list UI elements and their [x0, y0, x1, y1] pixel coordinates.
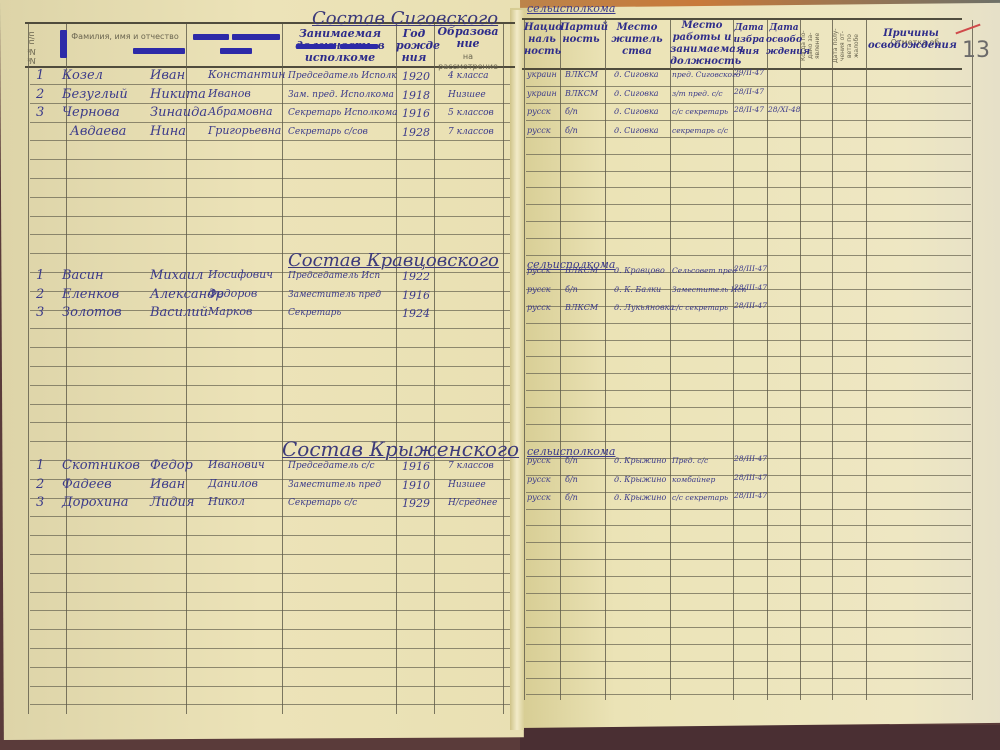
party: ВЛКСМ	[565, 89, 598, 98]
election-date: 28/II-47	[734, 87, 764, 96]
position: Председатель Исполк	[288, 71, 397, 81]
election-date: 28/III-47	[734, 283, 767, 292]
grid-line	[526, 373, 971, 374]
party: б/п	[565, 285, 578, 294]
surname: Фадеев	[62, 477, 112, 492]
redaction-mark	[193, 34, 229, 40]
grid-line	[524, 20, 525, 700]
header-nationality: Нацио наль ность	[524, 22, 560, 58]
birth-year: 1922	[402, 270, 430, 283]
position: Секретарь	[288, 308, 341, 318]
page-number: 13	[962, 38, 990, 63]
redaction-mark	[60, 30, 67, 58]
row-number: 3	[36, 305, 44, 320]
education: 4 класса	[448, 71, 489, 81]
grid-line	[526, 323, 971, 324]
grid-line	[526, 694, 971, 695]
election-date: 28/III-47	[734, 301, 767, 310]
surname: Чернова	[62, 105, 120, 120]
grid-line	[526, 340, 971, 341]
first-name: Василий	[150, 305, 208, 320]
surname: Дорохина	[62, 495, 129, 510]
birth-year: 1929	[402, 497, 430, 510]
redaction-mark	[340, 44, 378, 49]
residence: д. Крыжино	[614, 475, 666, 484]
birth-year: 1924	[402, 307, 430, 320]
row-number: 1	[36, 268, 44, 283]
grid-line	[560, 20, 561, 700]
grid-line	[526, 576, 971, 577]
grid-line	[30, 422, 510, 423]
grid-line	[186, 24, 187, 714]
party: ВЛКСМ	[565, 266, 598, 275]
residence: д. Крыжино	[614, 456, 666, 465]
first-name: Иван	[150, 68, 185, 83]
section-title: Состав Кравцовского	[288, 250, 499, 271]
grid-line	[526, 644, 971, 645]
education: Низшее	[448, 480, 486, 490]
row-number: 1	[36, 458, 44, 473]
grid-line	[670, 20, 671, 700]
election-date: 29/II-47	[734, 68, 764, 77]
position: Зам. пред. Исполкома	[288, 90, 394, 100]
grid-line	[526, 610, 971, 611]
grid-line	[30, 610, 510, 611]
patronymic: Иосифович	[208, 268, 273, 281]
nationality: русск	[527, 126, 551, 135]
nationality: украин	[527, 89, 557, 98]
residence: д. Сиговка	[614, 70, 659, 79]
election-date: 28/III-47	[734, 454, 767, 463]
surname: Золотов	[62, 305, 122, 320]
grid-line	[30, 404, 510, 405]
workplace: з/т пред. с/с	[672, 89, 723, 98]
nationality: русск	[527, 285, 551, 294]
election-date: 28/III-47	[734, 473, 767, 482]
patronymic: Константин	[208, 68, 286, 81]
redaction-mark	[232, 34, 280, 40]
grid-line	[526, 154, 971, 155]
grid-line	[30, 366, 510, 367]
grid-line	[30, 216, 510, 217]
birth-year: 1928	[402, 126, 430, 139]
birth-year: 1918	[402, 89, 430, 102]
background-table	[520, 725, 1000, 750]
grid-line	[30, 178, 510, 179]
header-name: Фамилия, имя и отчество	[70, 32, 180, 42]
grid-line	[30, 84, 510, 85]
position: Секретарь с/сов	[288, 127, 368, 137]
header-education-printed: на рассмотрение	[434, 52, 502, 72]
patronymic: Никол	[208, 495, 245, 508]
row-number: 2	[36, 87, 44, 102]
row-number: 3	[36, 105, 44, 120]
surname: Еленков	[62, 287, 119, 302]
grid-line	[30, 686, 510, 687]
residence: д. К. Балки	[614, 285, 661, 294]
grid-line	[30, 704, 510, 705]
surname: Безуглый	[62, 87, 128, 102]
grid-line	[526, 627, 971, 628]
section-title: Состав Крыженского	[282, 437, 519, 461]
header-reason: Причины освобождения	[868, 28, 954, 52]
surname: Скотников	[62, 458, 140, 473]
residence: д. Крыжино	[614, 493, 666, 502]
grid-line	[800, 20, 801, 700]
grid-line	[866, 20, 867, 700]
party: б/п	[565, 456, 578, 465]
position: Председатель Исп	[288, 271, 380, 281]
surname: Козел	[62, 68, 103, 83]
grid-line	[526, 407, 971, 408]
grid-line	[526, 559, 971, 560]
grid-line	[396, 24, 397, 714]
patronymic: Марков	[208, 305, 252, 318]
birth-year: 1916	[402, 107, 430, 120]
residence: д. Лукьяновка	[614, 303, 674, 312]
workplace: пред. Сиговского	[672, 70, 740, 79]
section-title-continued: сельисполкома	[527, 2, 616, 15]
grid-line	[526, 103, 971, 104]
party: б/п	[565, 126, 578, 135]
birth-year: 1916	[402, 460, 430, 473]
workplace: секретарь с/с	[672, 126, 728, 135]
grid-line	[526, 356, 971, 357]
grid-line	[30, 554, 510, 555]
grid-line	[30, 385, 510, 386]
header-released: Дата освобо ждения	[766, 22, 802, 58]
nationality: русск	[527, 107, 551, 116]
education: 7 классов	[448, 461, 494, 471]
header-elected: Дата избра ния	[733, 22, 765, 58]
header-application-date: Когда по- дано за- явление	[800, 24, 830, 68]
nationality: русск	[527, 303, 551, 312]
grid-line	[434, 24, 435, 714]
grid-line	[30, 535, 510, 536]
position: Заместитель пред	[288, 480, 381, 490]
grid-line	[30, 103, 510, 104]
header-residence: Место житель ства	[606, 22, 668, 58]
grid-line	[526, 593, 971, 594]
grid-line	[30, 234, 510, 235]
grid-line	[526, 509, 971, 510]
grid-line	[30, 328, 510, 329]
grid-line	[30, 140, 510, 141]
grid-line	[526, 238, 971, 239]
grid-line	[526, 661, 971, 662]
election-date: 28/III-47	[734, 264, 767, 273]
residence: д. Сиговка	[614, 89, 659, 98]
nationality: русск	[527, 266, 551, 275]
nationality: русск	[527, 456, 551, 465]
workplace: с/с секретарь	[672, 303, 728, 312]
grid-line	[30, 592, 510, 593]
grid-line	[30, 629, 510, 630]
first-name: Нина	[150, 124, 186, 139]
birth-year: 1910	[402, 479, 430, 492]
grid-line	[30, 159, 510, 160]
workplace: с/с секретарь	[672, 493, 728, 502]
education: Низшее	[448, 90, 486, 100]
first-name: Федор	[150, 458, 193, 473]
row-number: 2	[36, 287, 44, 302]
first-name: Иван	[150, 477, 185, 492]
grid-line	[733, 20, 734, 700]
row-number: 2	[36, 477, 44, 492]
book-spine	[510, 10, 524, 730]
surname: Авдаева	[70, 124, 126, 139]
grid-line	[972, 20, 973, 700]
workplace: с/с секретарь	[672, 107, 728, 116]
grid-line	[30, 197, 510, 198]
patronymic: Федоров	[208, 287, 257, 300]
header-number: №№ п/п	[27, 30, 47, 66]
grid-line	[30, 648, 510, 649]
first-name: Зинаида	[150, 105, 207, 120]
party: б/п	[565, 493, 578, 502]
header-reply-date: Дата полу- чения от- вета по жалобе	[832, 24, 864, 68]
birth-year: 1920	[402, 70, 430, 83]
header-party: Партий ность	[560, 22, 602, 46]
nationality: украин	[527, 70, 557, 79]
first-name: Лидия	[150, 495, 194, 510]
workplace: комбайнер	[672, 475, 715, 484]
grid-line	[526, 255, 971, 256]
redaction-mark	[220, 48, 252, 54]
redaction-mark	[296, 44, 336, 49]
grid-line	[526, 542, 971, 543]
election-date: 28/III-47	[734, 491, 767, 500]
first-name: Михаил	[150, 268, 203, 283]
position: Заместитель пред	[288, 290, 381, 300]
first-name: Никита	[150, 87, 206, 102]
grid-line	[526, 120, 971, 121]
grid-line	[767, 20, 768, 700]
grid-line	[526, 137, 971, 138]
grid-line	[526, 221, 971, 222]
release-date: 28/XI-48	[768, 105, 800, 114]
party: ВЛКСМ	[565, 70, 598, 79]
grid-line	[30, 516, 510, 517]
grid-line	[30, 347, 510, 348]
patronymic: Данилов	[208, 477, 258, 490]
grid-line	[526, 678, 971, 679]
education: 7 классов	[448, 127, 494, 137]
nationality: русск	[527, 475, 551, 484]
residence: д. Сиговка	[614, 107, 659, 116]
grid-line	[526, 171, 971, 172]
residence: д. Сиговка	[614, 126, 659, 135]
grid-line	[526, 424, 971, 425]
position: Председатель с/с	[288, 461, 375, 471]
election-date: 28/II-47	[734, 105, 764, 114]
patronymic: Иванов	[208, 87, 251, 100]
grid-line	[526, 390, 971, 391]
party: ВЛКСМ	[565, 303, 598, 312]
position: Секретарь Исполкома	[288, 108, 398, 118]
nationality: русск	[527, 493, 551, 502]
patronymic: Григорьевна	[208, 124, 281, 137]
position: Секретарь с/с	[288, 498, 357, 508]
party: б/п	[565, 475, 578, 484]
workplace: Пред. с/с	[672, 456, 708, 465]
grid-line	[30, 573, 510, 574]
grid-line	[522, 18, 962, 20]
surname: Васин	[62, 268, 104, 283]
header-birth-year: Год рожде ния	[396, 28, 432, 64]
grid-line	[28, 24, 29, 714]
section-title: Состав Сиговского	[312, 8, 498, 29]
grid-line	[526, 441, 971, 442]
grid-line	[30, 667, 510, 668]
grid-line	[503, 24, 504, 714]
patronymic: Абрамовна	[208, 105, 273, 118]
grid-line	[66, 24, 67, 714]
party: б/п	[565, 107, 578, 116]
grid-line	[282, 24, 283, 714]
header-workplace: Место работы и занимаемая должность	[670, 20, 734, 68]
grid-line	[605, 20, 606, 700]
patronymic: Иванович	[208, 458, 265, 471]
birth-year: 1916	[402, 289, 430, 302]
row-number: 3	[36, 495, 44, 510]
grid-line	[526, 204, 971, 205]
grid-line	[526, 525, 971, 526]
row-number: 1	[36, 68, 44, 83]
redaction-mark	[133, 48, 185, 54]
workplace: Сельсовет пред	[672, 266, 737, 275]
residence: д. Кравцово	[614, 266, 665, 275]
header-education: Образова ние	[434, 26, 502, 50]
grid-line	[832, 20, 833, 700]
education: 5 классов	[448, 108, 494, 118]
grid-line	[526, 187, 971, 188]
education: Н/среднее	[448, 498, 497, 508]
grid-line	[30, 122, 510, 123]
